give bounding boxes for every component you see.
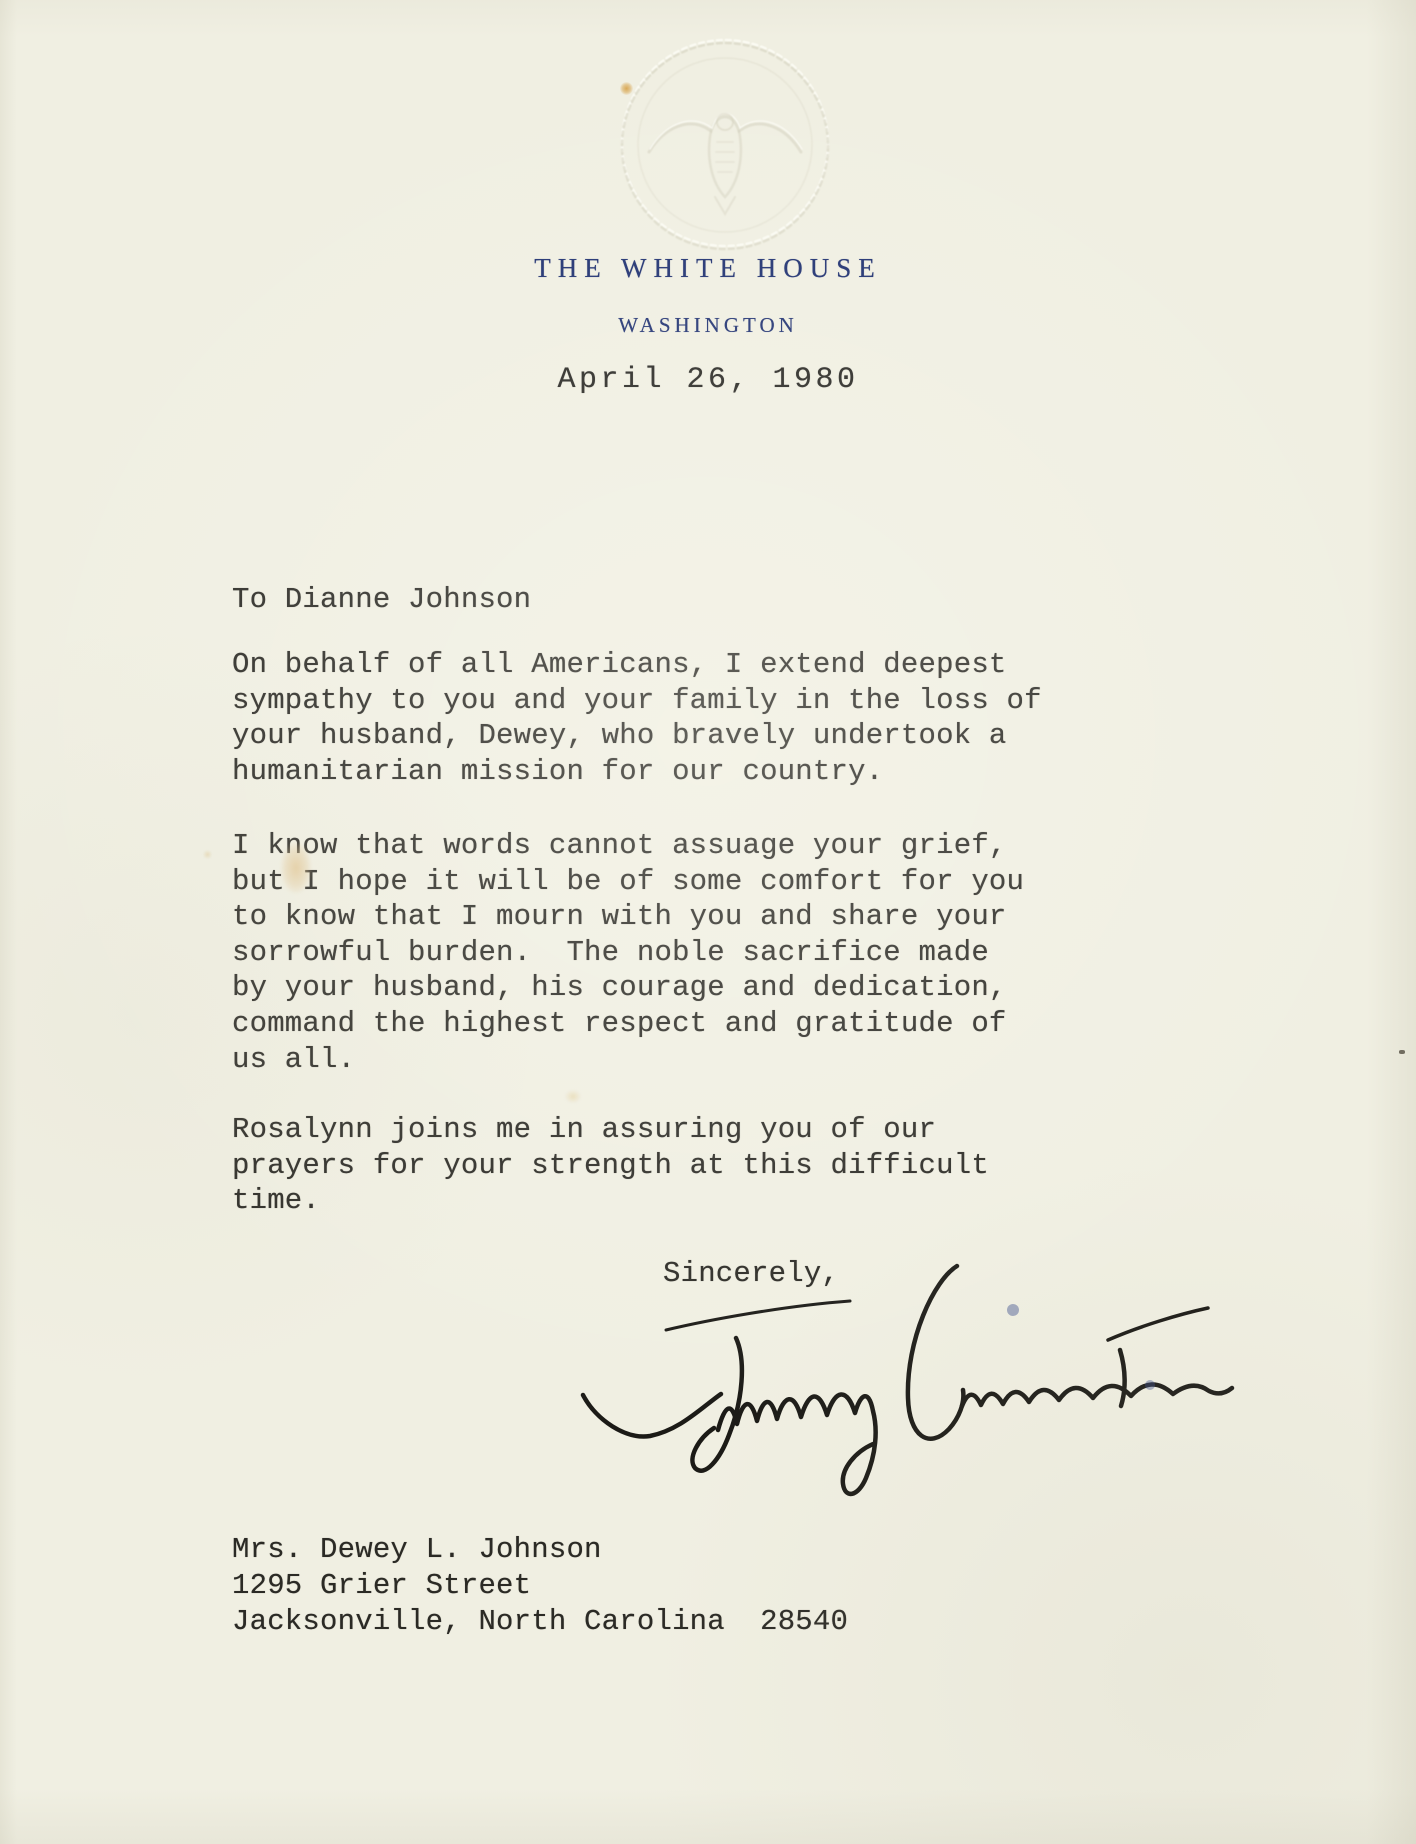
body-paragraph: I know that words cannot assuage your gr…	[232, 828, 1024, 1077]
paper-speck	[1399, 1050, 1405, 1054]
presidential-seal-emboss-icon	[605, 30, 845, 265]
letter-date: April 26, 1980	[0, 363, 1416, 397]
recipient-address: Mrs. Dewey L. Johnson 1295 Grier Street …	[232, 1532, 848, 1640]
letter-page: THE WHITE HOUSE WASHINGTON April 26, 198…	[0, 0, 1416, 1844]
letterhead-subtitle: WASHINGTON	[0, 313, 1416, 338]
signature-jimmy-carter	[558, 1238, 1250, 1540]
salutation-line: To Dianne Johnson	[232, 582, 531, 618]
paper-stain	[565, 1090, 581, 1103]
body-paragraph: Rosalynn joins me in assuring you of our…	[232, 1112, 989, 1219]
body-paragraph: On behalf of all Americans, I extend dee…	[232, 647, 1042, 789]
letterhead-title: THE WHITE HOUSE	[0, 253, 1416, 284]
paper-stain	[203, 850, 212, 859]
